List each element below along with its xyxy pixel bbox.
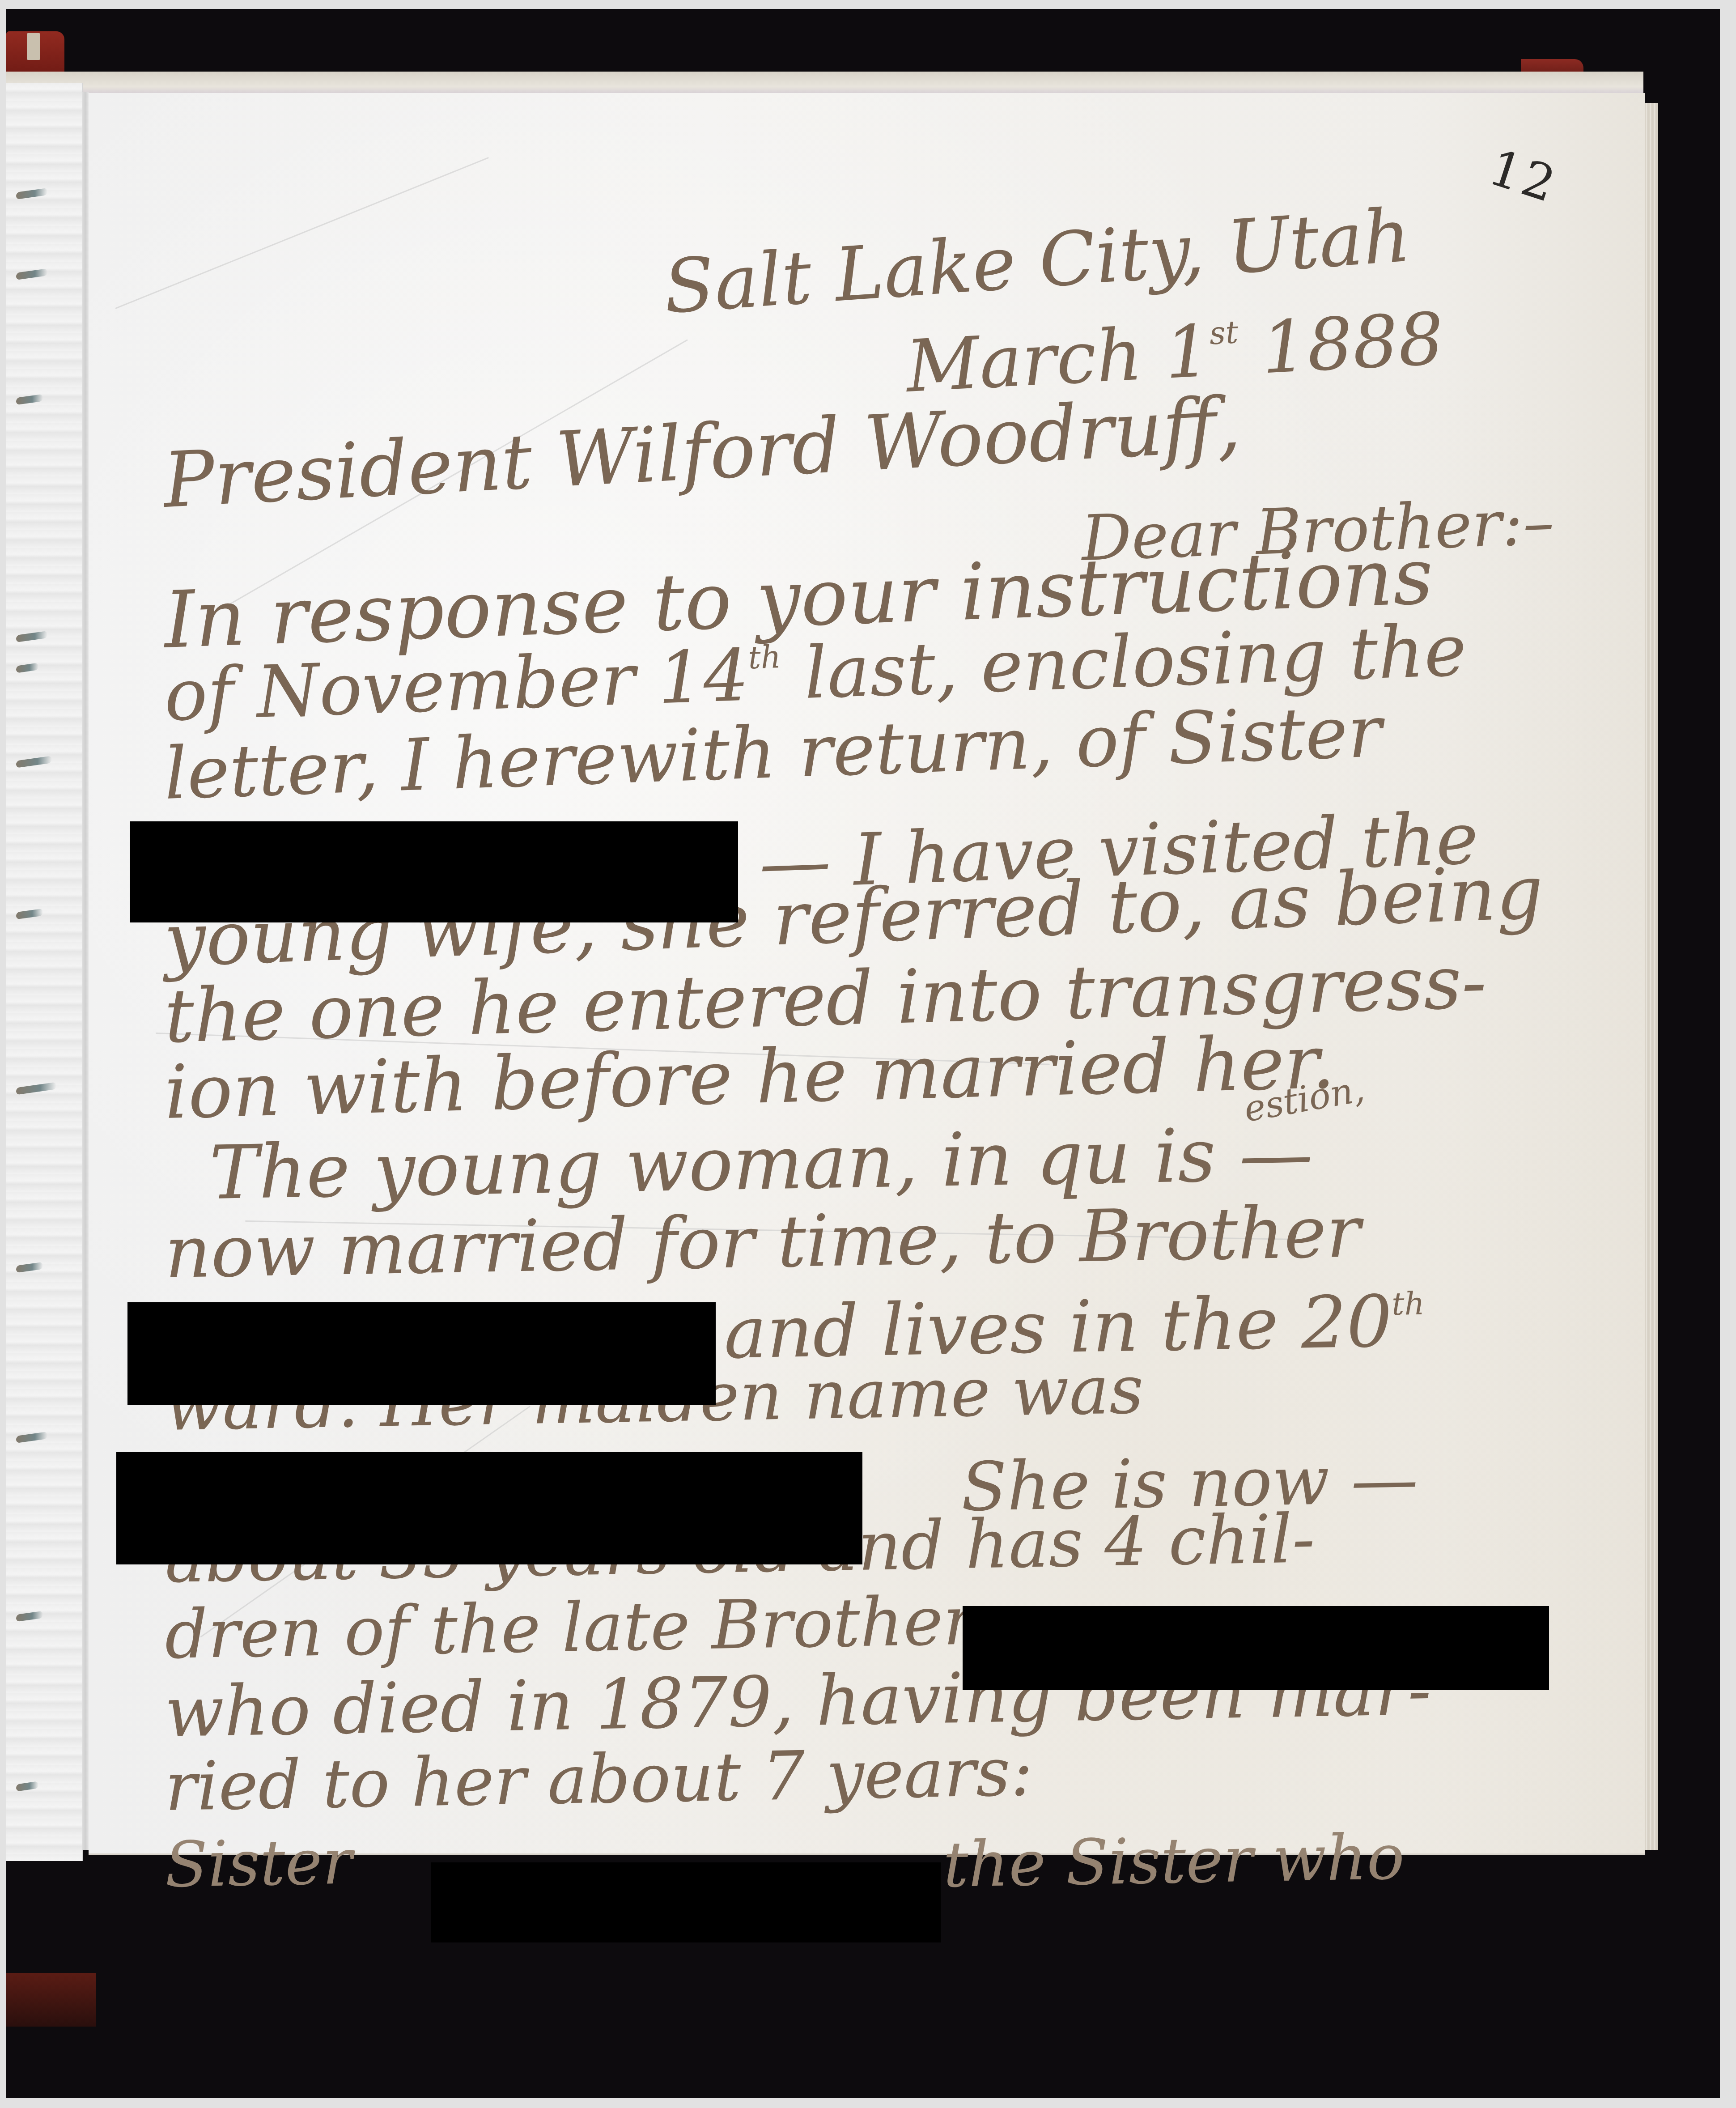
ink-bleed-mark (16, 1432, 47, 1443)
date-year: 1888 (1260, 297, 1446, 390)
previous-page-strip (6, 83, 83, 1861)
redaction-box-4 (963, 1606, 1549, 1690)
redaction-box-5 (431, 1862, 941, 1942)
ink-bleed-mark (16, 1611, 43, 1622)
body-line-17-end: the Sister who (943, 1826, 1405, 1897)
ordinal-suffix: th (1392, 1285, 1425, 1322)
page-stack-edge (1645, 103, 1658, 1850)
ink-bleed-mark (16, 756, 52, 768)
redaction-box-1 (130, 821, 738, 922)
body-line-17-start: Sister (165, 1831, 353, 1897)
book-binding-bottom-left (6, 1973, 96, 2027)
body-line-14: dren of the late Brother (164, 1587, 976, 1669)
date-suffix: st (1209, 314, 1239, 352)
line-text: is — (1130, 1111, 1314, 1200)
ink-bleed-mark (16, 1082, 56, 1095)
page-gutter (82, 92, 89, 1850)
redaction-box-2 (127, 1302, 716, 1405)
ink-bleed-mark (16, 268, 47, 280)
body-line-16: ried to her about 7 years: (164, 1738, 1033, 1821)
body-line-9: now married for time, to Brother (164, 1196, 1361, 1288)
ink-bleed-mark (16, 1781, 38, 1791)
ink-bleed-mark (16, 631, 47, 642)
redaction-box-3 (116, 1452, 862, 1564)
ink-bleed-mark (16, 1262, 43, 1273)
ink-bleed-mark (16, 394, 43, 405)
ink-bleed-mark (16, 188, 47, 200)
page-top-edge (6, 72, 1643, 93)
ordinal-suffix: th (747, 638, 781, 676)
paper-crease (115, 157, 489, 309)
ink-bleed-mark (16, 663, 38, 673)
ink-bleed-mark (16, 909, 43, 919)
binding-tab (27, 33, 40, 60)
